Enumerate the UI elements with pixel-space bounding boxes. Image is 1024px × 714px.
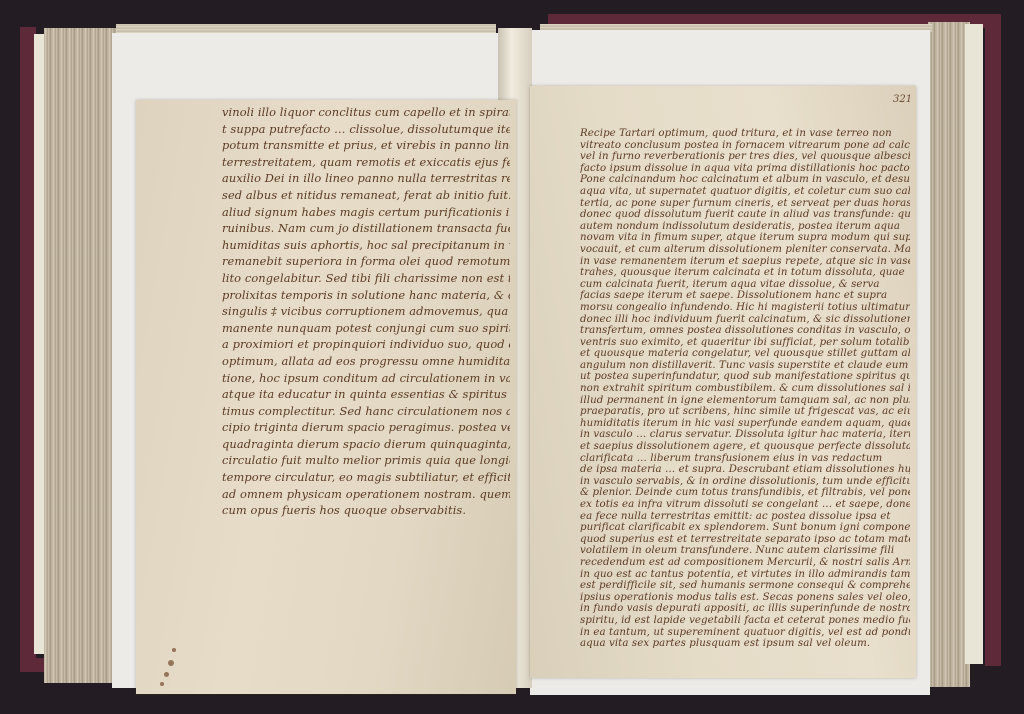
manuscript-line: humiditatis iterum in hic vasi superfund… xyxy=(580,418,910,430)
manuscript-line: quod superius est et terrestreitate sepa… xyxy=(580,534,910,546)
manuscript-line: in vasculo servabis, & in ordine dissolu… xyxy=(580,476,910,488)
right-page-text: Recipe Tartari optimum, quod tritura, et… xyxy=(580,128,910,678)
manuscript-line: timus complectitur. Sed hanc circulation… xyxy=(222,403,510,420)
manuscript-line: Recipe Tartari optimum, quod tritura, et… xyxy=(580,128,910,140)
manuscript-line: clarificata … liberum transfusionem eius… xyxy=(580,453,910,465)
manuscript-line: autem nondum indissolutum desideratis, p… xyxy=(580,221,910,233)
manuscript-line: vocauit, et cum alterum dissolutionem pl… xyxy=(580,244,910,256)
manuscript-line: novam vita in fimum super, atque iterum … xyxy=(580,232,910,244)
manuscript-line: ut postea superinfundatur, quod sub mani… xyxy=(580,371,910,383)
manuscript-line: ventris suo eximito, et quaeritur ibi su… xyxy=(580,337,910,349)
manuscript-line: atque ita educatur in quinta essentias &… xyxy=(222,386,510,403)
manuscript-line: in quo est ac tantus potentia, et virtut… xyxy=(580,569,910,581)
manuscript-line: aliud signum habes magis certum purifica… xyxy=(222,204,510,221)
manuscript-line: singulis ‡ vicibus corruptionem admovemu… xyxy=(222,303,510,320)
manuscript-line: in vase remanentem iterum et saepius rep… xyxy=(580,256,910,268)
manuscript-line: humiditas suis aphortis, hoc sal precipi… xyxy=(222,237,510,254)
manuscript-line: prolixitas temporis in solutione hanc ma… xyxy=(222,287,510,304)
manuscript-line: tione, hoc ipsum conditum ad circulation… xyxy=(222,370,510,387)
manuscript-line: in ea tantum, ut supereminent quatuor di… xyxy=(580,627,910,639)
manuscript-line: lito congelabitur. Sed tibi fili chariss… xyxy=(222,270,510,287)
manuscript-line: angulum non distillaverit. Tunc vasis su… xyxy=(580,360,910,372)
manuscript-line: et quousque materia congelatur, vel quou… xyxy=(580,348,910,360)
manuscript-line: cum calcinata fuerit, iterum aqua vitae … xyxy=(580,279,910,291)
manuscript-line: facias saepe iterum et saepe. Dissolutio… xyxy=(580,290,910,302)
manuscript-line: ea fece nulla terrestritas emittit: ac p… xyxy=(580,511,910,523)
manuscript-line: cipio triginta dierum spacio peragimus. … xyxy=(222,419,510,436)
manuscript-line: recedendum est ad compositionem Mercurii… xyxy=(580,557,910,569)
ink-stain xyxy=(160,682,164,686)
manuscript-line: et saepius dissolutionem agere, et quous… xyxy=(580,441,910,453)
manuscript-line: est perdifficile sit, sed humanis sermon… xyxy=(580,580,910,592)
manuscript-line: trahes, quousque iterum calcinata et in … xyxy=(580,267,910,279)
manuscript-line: aqua vita, ut supernatet quatuor digitis… xyxy=(580,186,910,198)
ink-stain xyxy=(168,660,174,666)
manuscript-line: manente nunquam potest conjungi cum suo … xyxy=(222,320,510,337)
manuscript-line: t suppa putrefacto … clissolue, dissolut… xyxy=(222,121,510,138)
manuscript-line: ipsius operationis modus talis est. Seca… xyxy=(580,592,910,604)
manuscript-line: facto ipsum dissolue in aqua vita prima … xyxy=(580,163,910,175)
manuscript-line: auxilio Dei in illo lineo panno nulla te… xyxy=(222,170,510,187)
manuscript-line: ruinibus. Nam cum jo distillationem tran… xyxy=(222,220,510,237)
manuscript-line: cum opus fueris hos quoque observabitis. xyxy=(222,502,510,519)
manuscript-line: terrestreitatem, quam remotis et exiccat… xyxy=(222,154,510,171)
manuscript-line: optimum, allata ad eos progressu omne hu… xyxy=(222,353,510,370)
manuscript-line: in vasculo … clarus servatur. Dissoluta … xyxy=(580,429,910,441)
folio-number: 321 xyxy=(893,94,912,105)
manuscript-line: ad omnem physicam operationem nostram. q… xyxy=(222,486,510,503)
manuscript-line: quadraginta dierum spacio dierum quinqua… xyxy=(222,436,510,453)
manuscript-line: transfertum, omnes postea dissolutiones … xyxy=(580,325,910,337)
manuscript-line: & plenior. Deinde cum totus transfundibi… xyxy=(580,487,910,499)
manuscript-line: non extrahit spiritum combustibilem. & c… xyxy=(580,383,910,395)
right-flyleaf xyxy=(965,24,983,664)
manuscript-line: tempore circulatur, eo magis subtiliatur… xyxy=(222,469,510,486)
manuscript-line: Pone calcinandum hoc calcinatum et album… xyxy=(580,174,910,186)
ink-stain xyxy=(164,672,169,677)
manuscript-line: vinoli illo liquor conclitus cum capello… xyxy=(222,104,510,121)
manuscript-line: spiritu, id est lapide vegetabili facta … xyxy=(580,615,910,627)
left-page-edges xyxy=(44,28,116,683)
manuscript-line: remanebit superiora in forma olei quod r… xyxy=(222,253,510,270)
manuscript-line: aqua vita sex partes plusquam est ipsum … xyxy=(580,638,910,650)
manuscript-line: a proximiori et propinquiori individuo s… xyxy=(222,336,510,353)
right-page-edges xyxy=(928,22,970,687)
manuscript-line: morsu congealio infundendo. Hic hi magis… xyxy=(580,302,910,314)
manuscript-line: potum transmitte et prius, et virebis in… xyxy=(222,137,510,154)
manuscript-line: vitreato conclusum postea in fornacem vi… xyxy=(580,140,910,152)
manuscript-line: illud permanent in igne elementorum tamq… xyxy=(580,395,910,407)
manuscript-line: de ipsa materia … et supra. Descrubant e… xyxy=(580,464,910,476)
manuscript-line: donec quod dissolutum fuerit caute in al… xyxy=(580,209,910,221)
ink-stain xyxy=(172,648,176,652)
manuscript-line: praeparatis, pro ut scribens, hinc simil… xyxy=(580,406,910,418)
manuscript-line: donec illi hoc individuum fuerit calcina… xyxy=(580,314,910,326)
manuscript-line: circulatio fuit multo melior primis quia… xyxy=(222,452,510,469)
manuscript-line: purificat clarificabit ex splendorem. Su… xyxy=(580,522,910,534)
manuscript-line: vel in furno reverberationis per tres di… xyxy=(580,151,910,163)
manuscript-line: volatilem in oleum transfundere. Nunc au… xyxy=(580,545,910,557)
manuscript-line: tertia, ac pone super furnum cineris, et… xyxy=(580,198,910,210)
manuscript-line: ex totis ea infra vitrum dissoluti se co… xyxy=(580,499,910,511)
left-page-text: vinoli illo liquor conclitus cum capello… xyxy=(222,104,510,534)
manuscript-line: in fundo vasis depurati appositi, ac ill… xyxy=(580,603,910,615)
manuscript-line: sed albus et nitidus remaneat, ferat ab … xyxy=(222,187,510,204)
book-cover-right xyxy=(985,14,1001,666)
